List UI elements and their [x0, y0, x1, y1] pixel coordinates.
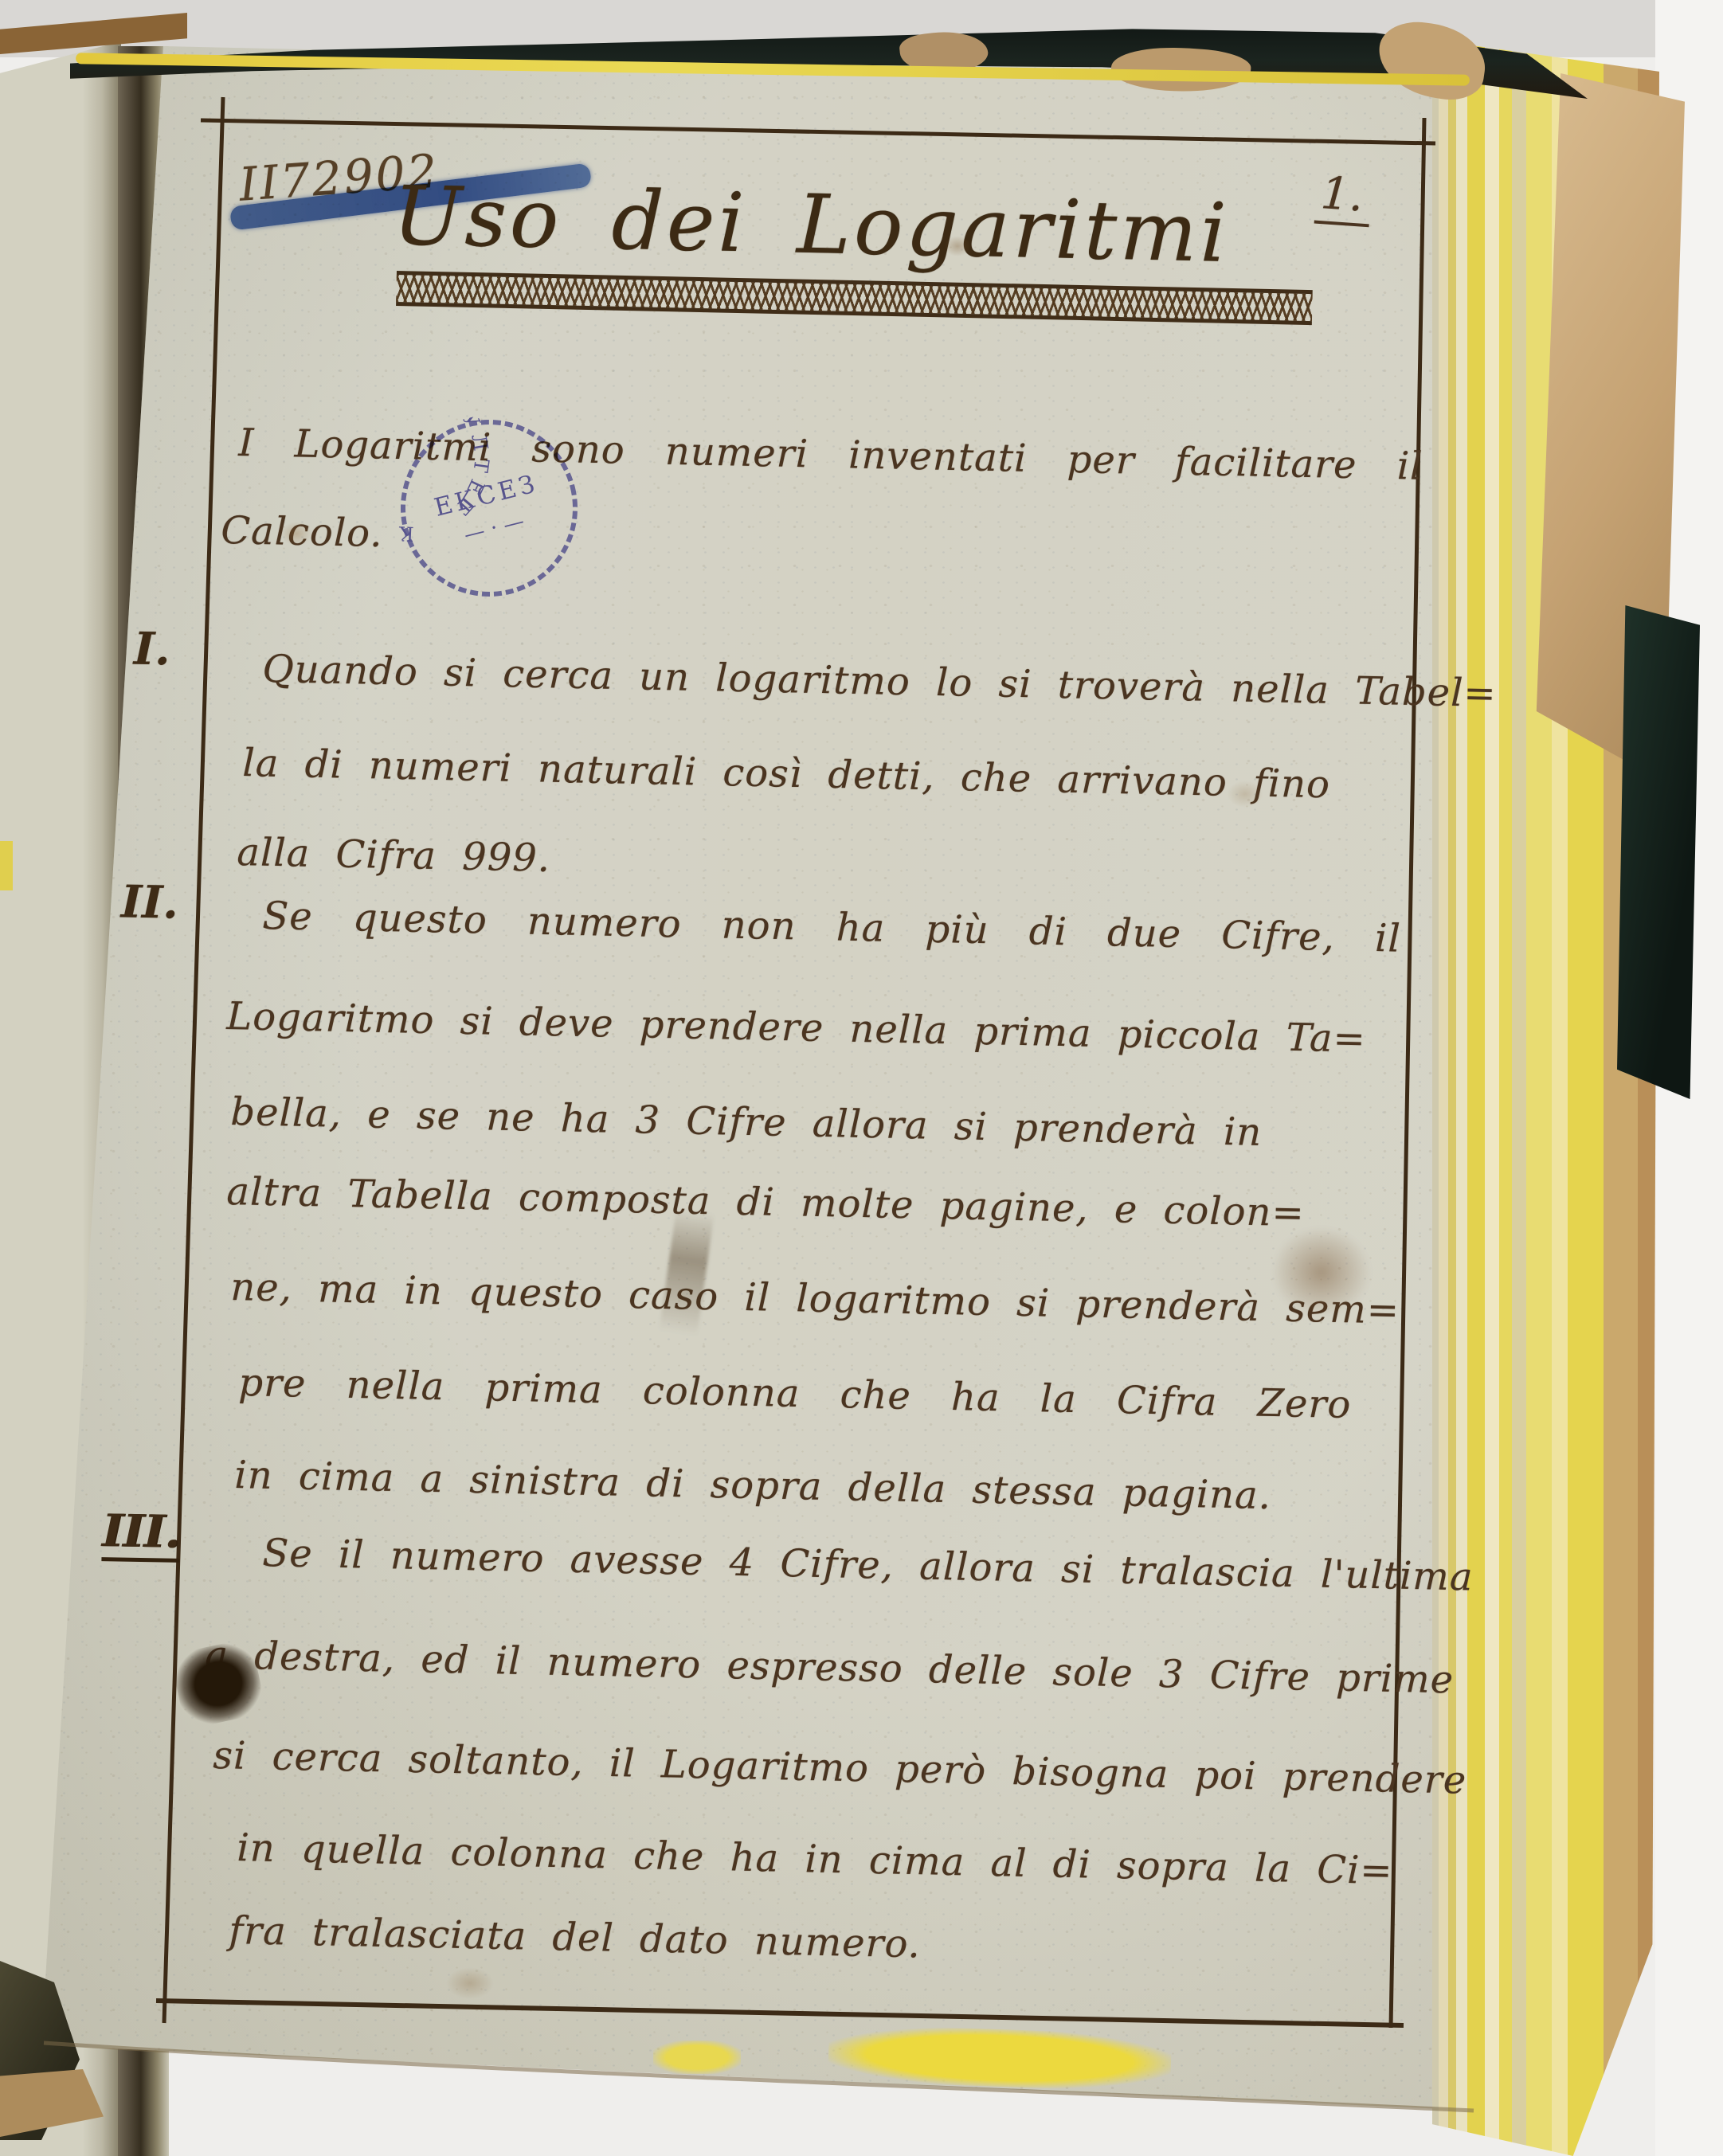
manuscript-photo: II72902 Uso dei Logaritmi 1. I Logaritmi… [0, 0, 1723, 2156]
foxing-spot [446, 1967, 494, 1999]
foxing-spot [280, 522, 312, 546]
page-number: 1. [1314, 167, 1373, 228]
foxing-spot [1227, 781, 1263, 808]
handwritten-line: alla Cifra 999. [237, 830, 551, 881]
brown-stain [1271, 1227, 1371, 1318]
margin-marker-III: III. [101, 1505, 180, 1563]
page-title: Uso dei Logaritmi [393, 169, 1231, 281]
margin-marker-II: II. [120, 875, 178, 929]
foxing-spot [944, 236, 971, 256]
margin-marker-I: I. [133, 623, 170, 676]
